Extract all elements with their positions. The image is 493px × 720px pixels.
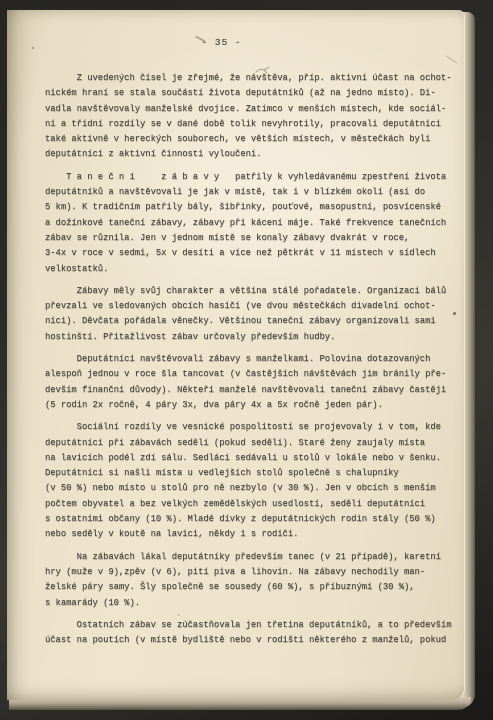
text-line: Zábavy měly svůj charakter a většina stá…	[45, 284, 457, 299]
text-line: hry (muže v 9),zpěv (v 6), pití piva a l…	[45, 565, 457, 580]
text-line: převzali ve sledovaných obcích hasiči (v…	[45, 299, 457, 314]
text-line: deputátníků a navštěvovali je jak v míst…	[45, 185, 457, 200]
paragraph: Z uvedených čísel je zřejmé, že návštěva…	[45, 71, 457, 163]
text-line: ní a třídní rozdíly se v dané době tolik…	[45, 117, 457, 132]
text-line: Sociální rozdíly ve vesnické pospolitost…	[45, 420, 457, 435]
text-line: na lavicích podél zdí sálu. Sedláci sedá…	[45, 451, 457, 466]
page-number: - 35 -	[0, 37, 450, 48]
text-line: 5 km). K tradičním patřily bály, šibřink…	[45, 200, 457, 215]
text-line: (5 rodin 2x ročně, 4 páry 3x, dva páry 4…	[45, 398, 457, 413]
paragraph: T a n e č n í z á b a v y patřily k vyhl…	[45, 170, 457, 277]
scanned-book-photo: - 35 - Z uvedených čísel je zřejmé, že n…	[0, 0, 493, 720]
text-line: Ostatních zábav se zúčastňovala jen třet…	[45, 618, 457, 633]
text-line: nebo seděly v koutě na lavici, někdy i s…	[45, 527, 457, 542]
text-line: T a n e č n í z á b a v y patřily k vyhl…	[45, 170, 457, 185]
paragraph: Ostatních zábav se zúčastňovala jen třet…	[45, 618, 457, 649]
text-line: počtem obyvatel a bez velkých zemědělský…	[45, 497, 457, 512]
text-line: deputátníci z aktivní činnosti vyloučeni…	[45, 147, 457, 162]
pencil-tick-mark	[446, 55, 457, 64]
text-line: vadla navštěvovaly manželské dvojice. Za…	[45, 102, 457, 117]
text-line: Z uvedených čísel je zřejmé, že návštěva…	[45, 71, 457, 86]
text-line: (v 50 %) nebo místo u stolů pro ně nezby…	[45, 481, 457, 496]
text-line: účast na poutích (v místě bydliště nebo …	[45, 633, 457, 648]
text-line: Na zábavách lákal deputátníky především …	[45, 550, 457, 565]
text-line: želské páry samy. Šly společně se soused…	[45, 580, 457, 595]
paragraph: Deputátníci navštěvovali zábavy s manžel…	[45, 352, 457, 413]
text-block: Z uvedených čísel je zřejmé, že návštěva…	[45, 71, 457, 655]
document-page: - 35 - Z uvedených čísel je zřejmé, že n…	[7, 10, 465, 700]
text-line: Deputátníci navštěvovali zábavy s manžel…	[45, 352, 457, 367]
text-line: zábav se různila. Jen v jednom místě se …	[45, 231, 457, 246]
text-line: níci). Děvčata pořádala věnečky. Většino…	[45, 314, 457, 329]
text-line: nickém hraní se stala součástí života de…	[45, 86, 457, 101]
text-line: Deputátníci si našli místa u vedlejších …	[45, 466, 457, 481]
text-line: 3-4x v roce v sedmi, 5x v desíti a více …	[45, 246, 457, 261]
text-line: alespoň jednou v roce šla tancovat (v ča…	[45, 367, 457, 382]
paragraph: Sociální rozdíly ve vesnické pospolitost…	[45, 420, 457, 542]
text-line: a dožínkové taneční zábavy, zábavy při k…	[45, 216, 457, 231]
text-line: deputátníci při zábavách seděli (pokud s…	[45, 436, 457, 451]
text-line: s ostatními občany (10 %). Mladé dívky z…	[45, 512, 457, 527]
text-line: devším finanční důvody). Někteří manželé…	[45, 383, 457, 398]
text-line: hostinští. Přitažlivost zábav určovaly p…	[45, 330, 457, 345]
paragraph: Zábavy měly svůj charakter a většina stá…	[45, 284, 457, 345]
text-line: také aktivně v hereckých souborech, ve v…	[45, 132, 457, 147]
text-line: s kamarády (10 %).	[45, 596, 457, 611]
paragraph: Na zábavách lákal deputátníky především …	[45, 550, 457, 611]
text-line: velkostatků.	[45, 262, 457, 277]
